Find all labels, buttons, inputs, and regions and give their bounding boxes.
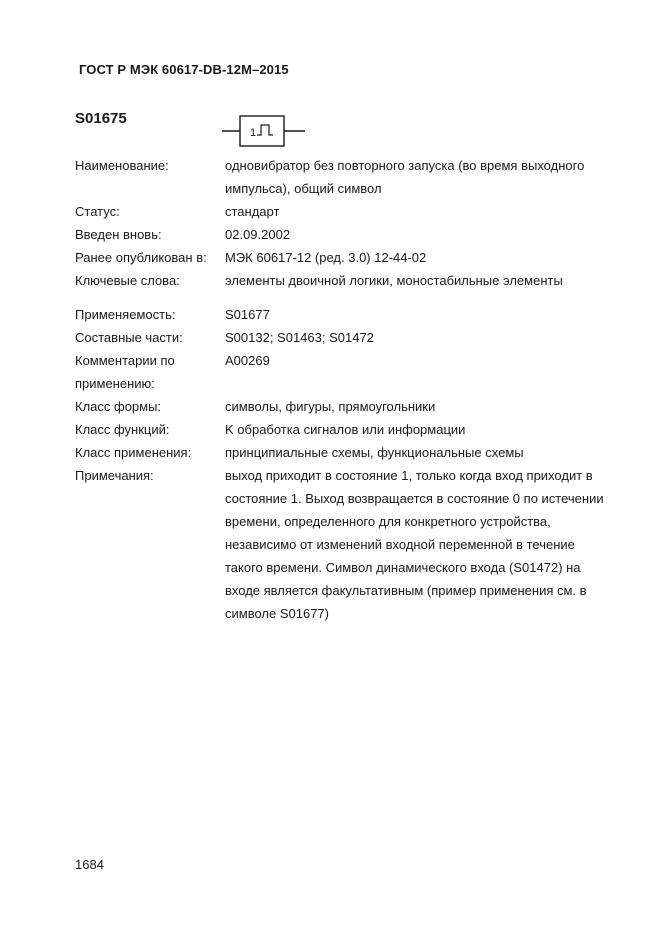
attribute-value: принципиальные схемы, функциональные схе… (225, 441, 635, 464)
attribute-label: Примечания: (75, 464, 225, 625)
attribute-value: символы, фигуры, прямоугольники (225, 395, 635, 418)
page-number: 1684 (75, 857, 104, 872)
attribute-row: Статус:стандарт (75, 200, 635, 223)
attribute-label: Ключевые слова: (75, 269, 225, 292)
attribute-value: выход приходит в состояние 1, только ког… (225, 464, 635, 625)
attribute-label: Составные части: (75, 326, 225, 349)
attribute-label: Введен вновь: (75, 223, 225, 246)
attribute-row: Комментарии поприменению:A00269 (75, 349, 635, 395)
attribute-label: Класс формы: (75, 395, 225, 418)
attribute-value: S00132; S01463; S01472 (225, 326, 635, 349)
attribute-value: одновибратор без повторного запуска (во … (225, 154, 635, 200)
attribute-label: Статус: (75, 200, 225, 223)
attribute-label: Ранее опубликован в: (75, 246, 225, 269)
attribute-value: МЭК 60617-12 (ред. 3.0) 12-44-02 (225, 246, 635, 269)
attribute-value: S01677 (225, 303, 635, 326)
attribute-label: Класс функций: (75, 418, 225, 441)
attribute-label: Наименование: (75, 154, 225, 200)
monostable-pulse-icon: 1 (220, 112, 310, 150)
attribute-row: Наименование:одновибратор без повторного… (75, 154, 635, 200)
standard-header: ГОСТ Р МЭК 60617-DB-12M–2015 (79, 62, 289, 77)
attribute-value: стандарт (225, 200, 635, 223)
attribute-row: Класс формы:символы, фигуры, прямоугольн… (75, 395, 635, 418)
attribute-row: Ранее опубликован в:МЭК 60617-12 (ред. 3… (75, 246, 635, 269)
svg-text:1: 1 (250, 127, 256, 139)
attribute-label: Применяемость: (75, 303, 225, 326)
attribute-label: Класс применения: (75, 441, 225, 464)
attribute-value: элементы двоичной логики, моностабильные… (225, 269, 635, 292)
attribute-row: Применяемость:S01677 (75, 303, 635, 326)
attribute-row: Примечания:выход приходит в состояние 1,… (75, 464, 635, 625)
attribute-value: K обработка сигналов или информации (225, 418, 635, 441)
attribute-row: Составные части:S00132; S01463; S01472 (75, 326, 635, 349)
attribute-row: Введен вновь:02.09.2002 (75, 223, 635, 246)
attribute-row: Класс применения:принципиальные схемы, ф… (75, 441, 635, 464)
attribute-label: Комментарии поприменению: (75, 349, 225, 395)
section-gap (75, 292, 635, 303)
attribute-table: Наименование:одновибратор без повторного… (75, 154, 635, 625)
attribute-row: Ключевые слова:элементы двоичной логики,… (75, 269, 635, 292)
attribute-value: A00269 (225, 349, 635, 395)
attribute-row: Класс функций:K обработка сигналов или и… (75, 418, 635, 441)
symbol-code: S01675 (75, 110, 127, 127)
attribute-value: 02.09.2002 (225, 223, 635, 246)
